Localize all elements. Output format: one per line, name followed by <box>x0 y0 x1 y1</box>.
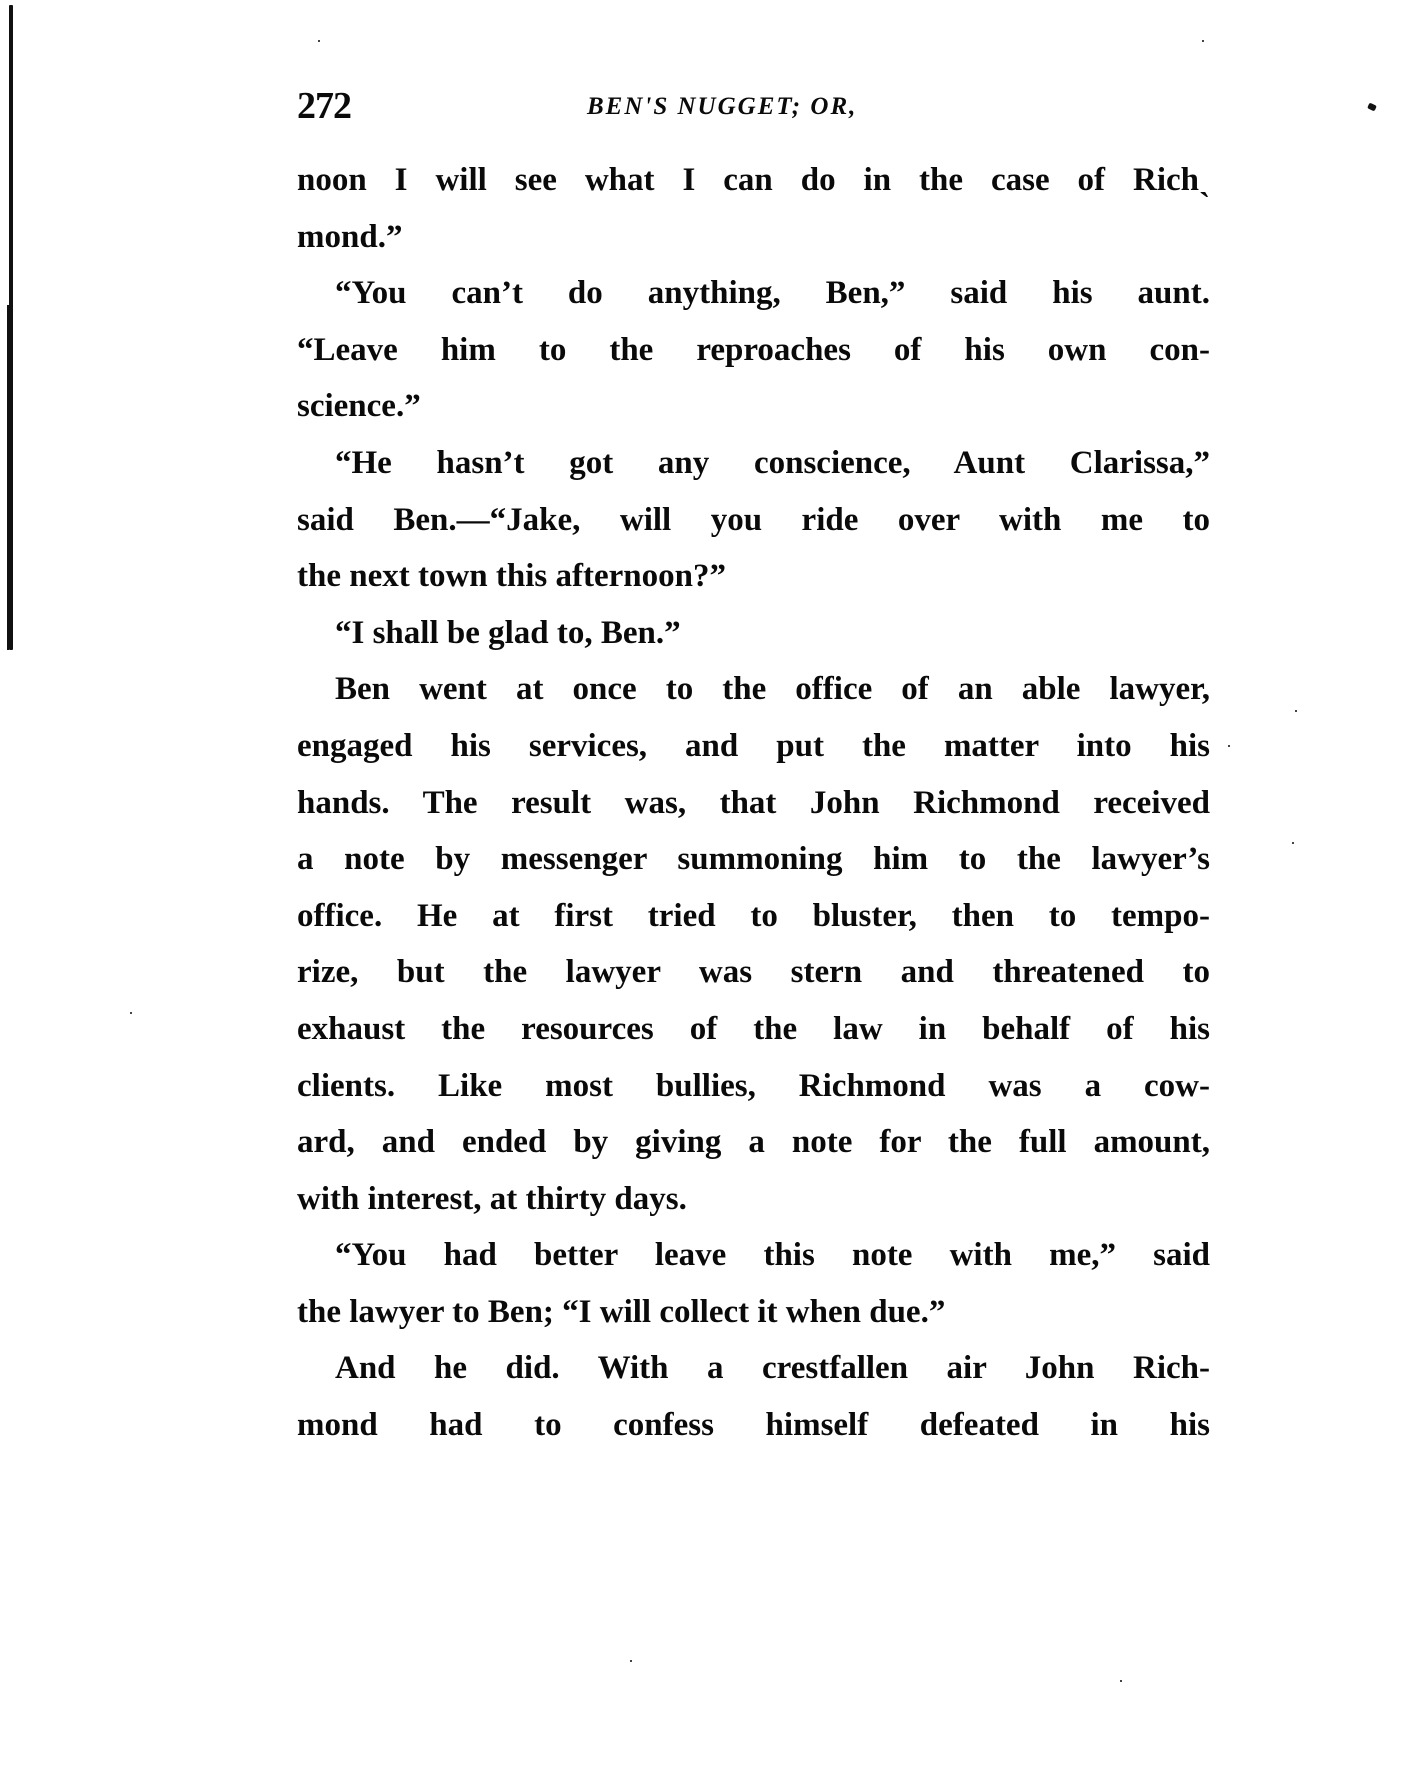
text-line: mond.” <box>297 209 1210 266</box>
text-line: exhaust the resources of the law in beha… <box>297 1001 1210 1058</box>
text-line: “I shall be glad to, Ben.” <box>297 605 1210 662</box>
text-line: “You can’t do anything, Ben,” said his a… <box>297 265 1210 322</box>
text-line: rize, but the lawyer was stern and threa… <box>297 944 1210 1001</box>
text-line: mond had to confess himself defeated in … <box>297 1397 1210 1454</box>
scan-speck <box>1202 40 1204 42</box>
text-line: ard, and ended by giving a note for the … <box>297 1114 1210 1171</box>
text-line: Ben went at once to the office of an abl… <box>297 661 1210 718</box>
text-line: noon I will see what I can do in the cas… <box>297 152 1210 209</box>
scan-speck <box>1292 842 1294 844</box>
scan-speck <box>1295 710 1297 712</box>
text-line: a note by messenger summoning him to the… <box>297 831 1210 888</box>
text-line: with interest, at thirty days. <box>297 1171 1210 1228</box>
text-line: said Ben.—“Jake, will you ride over with… <box>297 492 1210 549</box>
text-line: And he did. With a crestfallen air John … <box>297 1340 1210 1397</box>
text-line: “He hasn’t got any conscience, Aunt Clar… <box>297 435 1210 492</box>
scan-speck <box>1120 1680 1122 1682</box>
scan-speck <box>318 40 320 42</box>
scan-speck-mark <box>1367 103 1377 112</box>
text-line: “Leave him to the reproaches of his own … <box>297 322 1210 379</box>
book-page: 272 BEN'S NUGGET; OR, noon I will see wh… <box>0 0 1426 1786</box>
text-line: office. He at first tried to bluster, th… <box>297 888 1210 945</box>
text-line: clients. Like most bullies, Richmond was… <box>297 1058 1210 1115</box>
text-line: hands. The result was, that John Richmon… <box>297 775 1210 832</box>
text-line: the next town this afternoon?” <box>297 548 1210 605</box>
text-line: science.” <box>297 378 1210 435</box>
text-line: engaged his services, and put the matter… <box>297 718 1210 775</box>
text-line: “You had better leave this note with me,… <box>297 1227 1210 1284</box>
binding-edge-rule <box>9 5 13 650</box>
text-line: the lawyer to Ben; “I will collect it wh… <box>297 1284 1210 1341</box>
running-title: BEN'S NUGGET; OR, <box>587 92 857 122</box>
scan-speck <box>1228 745 1230 747</box>
page-number: 272 <box>297 86 351 126</box>
body-text: noon I will see what I can do in the cas… <box>297 152 1210 1454</box>
scan-speck <box>630 1660 632 1662</box>
running-head: 272 BEN'S NUGGET; OR, <box>297 86 1210 126</box>
scan-speck <box>130 1012 132 1014</box>
